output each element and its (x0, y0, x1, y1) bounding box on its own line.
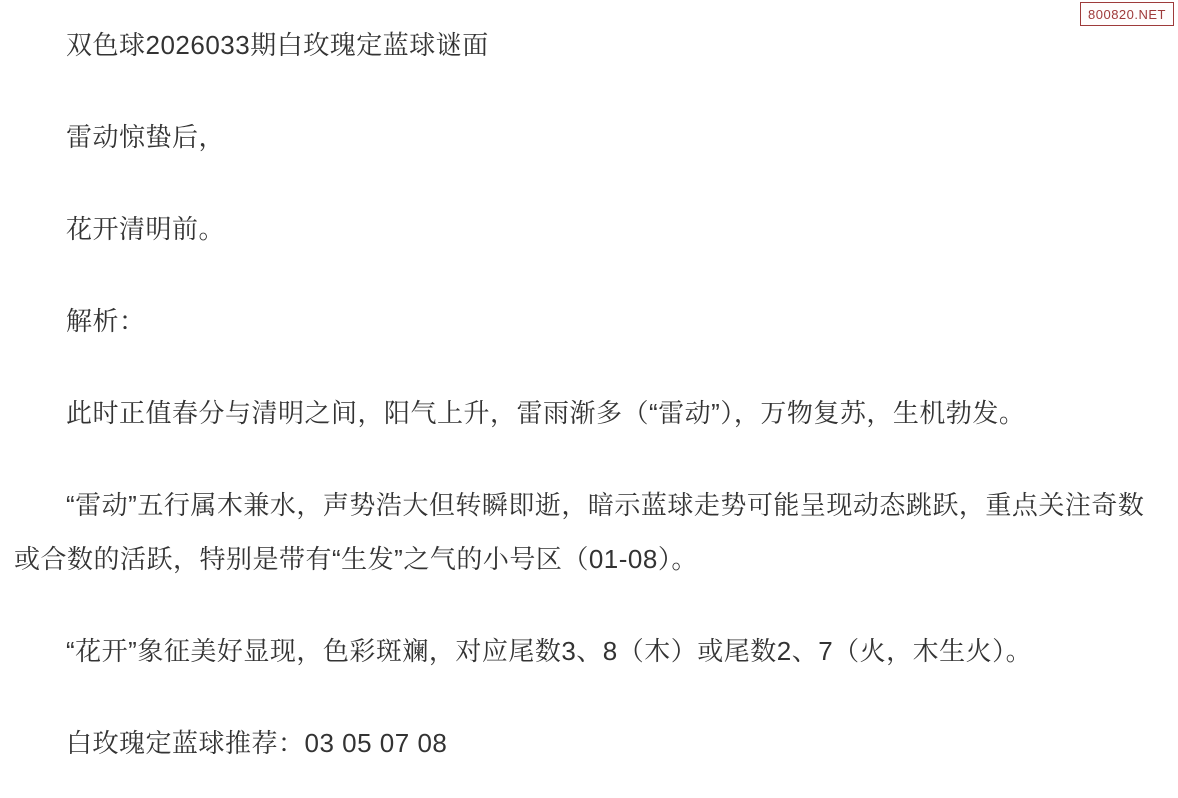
riddle-line-1: 雷动惊蛰后， (14, 110, 1164, 164)
recommendation-numbers: 03 05 07 08 (305, 728, 448, 758)
analysis-label: 解析： (14, 294, 1164, 348)
recommendation-label: 白玫瑰定蓝球推荐： (66, 728, 305, 758)
analysis-paragraph-3: “花开”象征美好显现，色彩斑斓，对应尾数3、8（木）或尾数2、7（火，木生火）。 (14, 624, 1164, 678)
site-watermark-badge: 800820.NET (1080, 2, 1174, 26)
article-page: { "page": { "background": "#ffffff", "te… (0, 0, 1178, 798)
analysis-paragraph-2: “雷动”五行属木兼水，声势浩大但转瞬即逝，暗示蓝球走势可能呈现动态跳跃，重点关注… (14, 478, 1164, 586)
riddle-line-2: 花开清明前。 (14, 202, 1164, 256)
article-body: 双色球2026033期白玫瑰定蓝球谜面 雷动惊蛰后， 花开清明前。 解析： 此时… (0, 0, 1178, 798)
analysis-paragraph-1: 此时正值春分与清明之间，阳气上升，雷雨渐多（“雷动”），万物复苏，生机勃发。 (14, 386, 1164, 440)
recommendation-line: 白玫瑰定蓝球推荐：03 05 07 08 (14, 716, 1164, 770)
article-title: 双色球2026033期白玫瑰定蓝球谜面 (14, 18, 1164, 72)
